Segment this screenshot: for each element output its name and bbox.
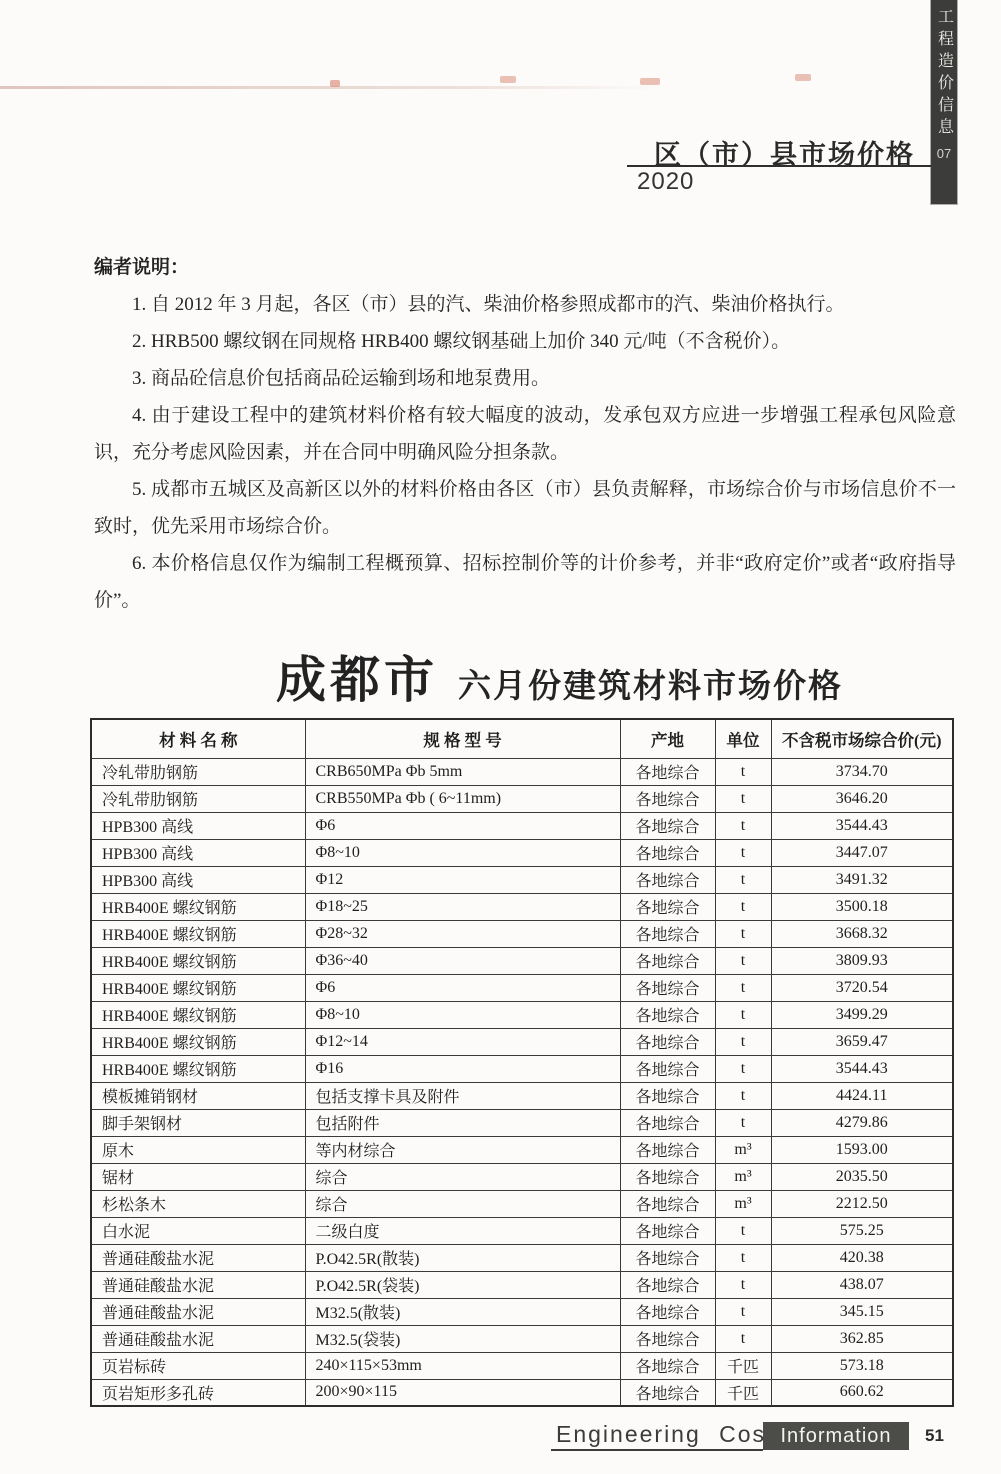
cell-origin: 各地综合 [620,839,715,866]
cell-material-name: 普通硅酸盐水泥 [91,1244,305,1271]
header-year: 2020 [637,168,694,196]
cell-price: 438.07 [771,1271,953,1298]
cell-spec-model: Φ28~32 [305,920,620,947]
cell-origin: 各地综合 [620,1352,715,1379]
cell-spec-model: 综合 [305,1163,620,1190]
cell-spec-model: 等内材综合 [305,1136,620,1163]
cell-price: 3809.93 [771,947,953,974]
cell-material-name: 普通硅酸盐水泥 [91,1271,305,1298]
table-row: HRB400E 螺纹钢筋Φ16各地综合t3544.43 [91,1055,953,1082]
photo-car-shape [330,80,340,87]
cell-price: 573.18 [771,1352,953,1379]
cell-material-name: 脚手架钢材 [91,1109,305,1136]
cell-unit: 千匹 [715,1352,771,1379]
cell-spec-model: M32.5(袋装) [305,1325,620,1352]
cell-spec-model: P.O42.5R(袋装) [305,1271,620,1298]
table-title-subtitle: 六月份建筑材料市场价格 [458,660,843,707]
table-row: HPB300 高线Φ12各地综合t3491.32 [91,866,953,893]
cell-material-name: 模板摊销钢材 [91,1082,305,1109]
cell-spec-model: Φ6 [305,974,620,1001]
cell-price: 3499.29 [771,1001,953,1028]
cell-unit: m³ [715,1163,771,1190]
col-header-unit: 单位 [715,719,771,758]
cell-price: 362.85 [771,1325,953,1352]
photo-car-shape [640,78,660,85]
table-row: 模板摊销钢材包括支撑卡具及附件各地综合t4424.11 [91,1082,953,1109]
notes-heading: 编者说明： [94,250,956,286]
photo-car-shape [500,76,516,83]
cell-unit: t [715,1271,771,1298]
table-row: HRB400E 螺纹钢筋Φ28~32各地综合t3668.32 [91,920,953,947]
cell-unit: t [715,839,771,866]
cell-origin: 各地综合 [620,1190,715,1217]
cell-material-name: 普通硅酸盐水泥 [91,1325,305,1352]
cell-unit: t [715,812,771,839]
note-item-3: 3. 商品砼信息价包括商品砼运输到场和地泵费用。 [94,360,956,397]
table-row: 锯材综合各地综合m³2035.50 [91,1163,953,1190]
cell-unit: t [715,758,771,785]
table-row: 页岩标砖240×115×53mm各地综合千匹573.18 [91,1352,953,1379]
cell-material-name: HPB300 高线 [91,812,305,839]
cell-origin: 各地综合 [620,1325,715,1352]
cell-price: 3720.54 [771,974,953,1001]
cell-price: 2035.50 [771,1163,953,1190]
cell-price: 3646.20 [771,785,953,812]
table-row: HRB400E 螺纹钢筋Φ8~10各地综合t3499.29 [91,1001,953,1028]
cell-origin: 各地综合 [620,1379,715,1406]
col-header-price: 不含税市场综合价(元) [771,719,953,758]
cell-origin: 各地综合 [620,1271,715,1298]
cell-price: 2212.50 [771,1190,953,1217]
cell-material-name: HRB400E 螺纹钢筋 [91,974,305,1001]
cell-unit: t [715,1028,771,1055]
materials-table-body: 冷轧带肋钢筋CRB650MPa Φb 5mm各地综合t3734.70冷轧带肋钢筋… [91,758,953,1406]
table-row: 普通硅酸盐水泥M32.5(袋装)各地综合t362.85 [91,1325,953,1352]
editor-notes: 编者说明： 1. 自 2012 年 3 月起，各区（市）县的汽、柴油价格参照成都… [94,250,956,619]
cell-material-name: 页岩矩形多孔砖 [91,1379,305,1406]
cell-spec-model: 240×115×53mm [305,1352,620,1379]
cell-origin: 各地综合 [620,947,715,974]
cell-unit: t [715,1298,771,1325]
cell-unit: t [715,1082,771,1109]
cell-origin: 各地综合 [620,785,715,812]
cell-origin: 各地综合 [620,1217,715,1244]
cell-price: 3500.18 [771,893,953,920]
cell-price: 3447.07 [771,839,953,866]
cell-origin: 各地综合 [620,1028,715,1055]
cell-unit: t [715,1325,771,1352]
cell-unit: t [715,893,771,920]
table-row: 原木等内材综合各地综合m³1593.00 [91,1136,953,1163]
cell-unit: 千匹 [715,1379,771,1406]
cell-unit: t [715,1001,771,1028]
side-tab: 工程造价信息 07 [931,0,957,204]
photo-car-shape [795,74,811,81]
cell-unit: t [715,866,771,893]
cell-unit: t [715,1244,771,1271]
note-item-6: 6. 本价格信息仅作为编制工程概预算、招标控制价等的计价参考，并非“政府定价”或… [94,545,956,619]
cell-unit: t [715,947,771,974]
note-item-5: 5. 成都市五城区及高新区以外的材料价格由各区（市）县负责解释，市场综合价与市场… [94,471,956,545]
note-item-2: 2. HRB500 螺纹钢在同规格 HRB400 螺纹钢基础上加价 340 元/… [94,323,956,360]
cell-unit: t [715,1217,771,1244]
cell-price: 4279.86 [771,1109,953,1136]
cell-origin: 各地综合 [620,1109,715,1136]
table-row: 冷轧带肋钢筋CRB650MPa Φb 5mm各地综合t3734.70 [91,758,953,785]
table-row: HRB400E 螺纹钢筋Φ12~14各地综合t3659.47 [91,1028,953,1055]
cell-origin: 各地综合 [620,1136,715,1163]
cell-origin: 各地综合 [620,1082,715,1109]
cell-spec-model: 二级白度 [305,1217,620,1244]
cell-price: 345.15 [771,1298,953,1325]
cell-material-name: HRB400E 螺纹钢筋 [91,1055,305,1082]
cell-material-name: 锯材 [91,1163,305,1190]
cell-spec-model: Φ36~40 [305,947,620,974]
table-row: 脚手架钢材包括附件各地综合t4279.86 [91,1109,953,1136]
cell-spec-model: 综合 [305,1190,620,1217]
materials-table-header: 材 料 名 称 规 格 型 号 产地 单位 不含税市场综合价(元) [91,719,953,758]
cell-material-name: HRB400E 螺纹钢筋 [91,920,305,947]
cell-origin: 各地综合 [620,1163,715,1190]
cell-spec-model: P.O42.5R(散装) [305,1244,620,1271]
footer-brand-engineering-cost: Engineering Cost [556,1421,774,1448]
cell-price: 1593.00 [771,1136,953,1163]
cell-material-name: 普通硅酸盐水泥 [91,1298,305,1325]
cell-origin: 各地综合 [620,1055,715,1082]
side-tab-number: 07 [937,146,951,161]
table-row: 普通硅酸盐水泥P.O42.5R(袋装)各地综合t438.07 [91,1271,953,1298]
cell-spec-model: M32.5(散装) [305,1298,620,1325]
table-row: HRB400E 螺纹钢筋Φ18~25各地综合t3500.18 [91,893,953,920]
cell-unit: t [715,920,771,947]
cell-material-name: 页岩标砖 [91,1352,305,1379]
cell-spec-model: Φ6 [305,812,620,839]
cell-origin: 各地综合 [620,1244,715,1271]
cell-spec-model: Φ18~25 [305,893,620,920]
cell-spec-model: 200×90×115 [305,1379,620,1406]
table-row: HPB300 高线Φ8~10各地综合t3447.07 [91,839,953,866]
cell-spec-model: CRB550MPa Φb ( 6~11mm) [305,785,620,812]
cell-material-name: HRB400E 螺纹钢筋 [91,1028,305,1055]
cell-material-name: HRB400E 螺纹钢筋 [91,947,305,974]
cell-material-name: 冷轧带肋钢筋 [91,758,305,785]
cell-price: 3734.70 [771,758,953,785]
cell-unit: m³ [715,1136,771,1163]
cell-material-name: 原木 [91,1136,305,1163]
cell-spec-model: 包括支撑卡具及附件 [305,1082,620,1109]
cell-origin: 各地综合 [620,1298,715,1325]
cell-origin: 各地综合 [620,893,715,920]
table-row: 杉松条木综合各地综合m³2212.50 [91,1190,953,1217]
cell-spec-model: Φ16 [305,1055,620,1082]
cell-origin: 各地综合 [620,920,715,947]
header-photo [0,0,1001,120]
cell-unit: t [715,1109,771,1136]
cell-material-name: HRB400E 螺纹钢筋 [91,1001,305,1028]
cell-price: 575.25 [771,1217,953,1244]
table-row: 白水泥二级白度各地综合t575.25 [91,1217,953,1244]
table-row: 普通硅酸盐水泥P.O42.5R(散装)各地综合t420.38 [91,1244,953,1271]
col-header-material-name: 材 料 名 称 [91,719,305,758]
table-row: HRB400E 螺纹钢筋Φ36~40各地综合t3809.93 [91,947,953,974]
cell-spec-model: CRB650MPa Φb 5mm [305,758,620,785]
cell-material-name: 杉松条木 [91,1190,305,1217]
cell-spec-model: Φ12 [305,866,620,893]
cell-origin: 各地综合 [620,866,715,893]
cell-spec-model: 包括附件 [305,1109,620,1136]
table-row: 普通硅酸盐水泥M32.5(散装)各地综合t345.15 [91,1298,953,1325]
cell-price: 660.62 [771,1379,953,1406]
cell-price: 4424.11 [771,1082,953,1109]
cell-material-name: HPB300 高线 [91,839,305,866]
materials-table: 材 料 名 称 规 格 型 号 产地 单位 不含税市场综合价(元) 冷轧带肋钢筋… [90,718,954,1407]
cell-material-name: 冷轧带肋钢筋 [91,785,305,812]
cell-unit: t [715,785,771,812]
cell-price: 3491.32 [771,866,953,893]
cell-price: 3544.43 [771,1055,953,1082]
table-row: 冷轧带肋钢筋CRB550MPa Φb ( 6~11mm)各地综合t3646.20 [91,785,953,812]
note-item-1: 1. 自 2012 年 3 月起，各区（市）县的汽、柴油价格参照成都市的汽、柴油… [94,286,956,323]
cell-price: 3659.47 [771,1028,953,1055]
cell-unit: t [715,974,771,1001]
cell-unit: t [715,1055,771,1082]
col-header-spec-model: 规 格 型 号 [305,719,620,758]
header-divider [627,165,931,167]
cell-material-name: HPB300 高线 [91,866,305,893]
table-row: HRB400E 螺纹钢筋Φ6各地综合t3720.54 [91,974,953,1001]
note-item-4: 4. 由于建设工程中的建筑材料价格有较大幅度的波动，发承包双方应进一步增强工程承… [94,397,956,471]
page-number: 51 [925,1426,944,1446]
cell-price: 3544.43 [771,812,953,839]
cell-origin: 各地综合 [620,758,715,785]
col-header-origin: 产地 [620,719,715,758]
cell-material-name: HRB400E 螺纹钢筋 [91,893,305,920]
cell-price: 420.38 [771,1244,953,1271]
cell-origin: 各地综合 [620,812,715,839]
cell-origin: 各地综合 [620,974,715,1001]
cell-origin: 各地综合 [620,1001,715,1028]
table-row: HPB300 高线Φ6各地综合t3544.43 [91,812,953,839]
cell-spec-model: Φ8~10 [305,839,620,866]
cell-unit: m³ [715,1190,771,1217]
cell-spec-model: Φ12~14 [305,1028,620,1055]
table-title-city: 成都市 [276,640,438,712]
cell-material-name: 白水泥 [91,1217,305,1244]
footer-underline [551,1449,763,1451]
side-tab-label: 工程造价信息 [933,8,956,140]
cell-spec-model: Φ8~10 [305,1001,620,1028]
table-title: 成都市 六月份建筑材料市场价格 [276,640,836,712]
footer-brand-information: Information [763,1422,909,1450]
table-header-row: 材 料 名 称 规 格 型 号 产地 单位 不含税市场综合价(元) [91,719,953,758]
table-row: 页岩矩形多孔砖200×90×115各地综合千匹660.62 [91,1379,953,1406]
cell-price: 3668.32 [771,920,953,947]
